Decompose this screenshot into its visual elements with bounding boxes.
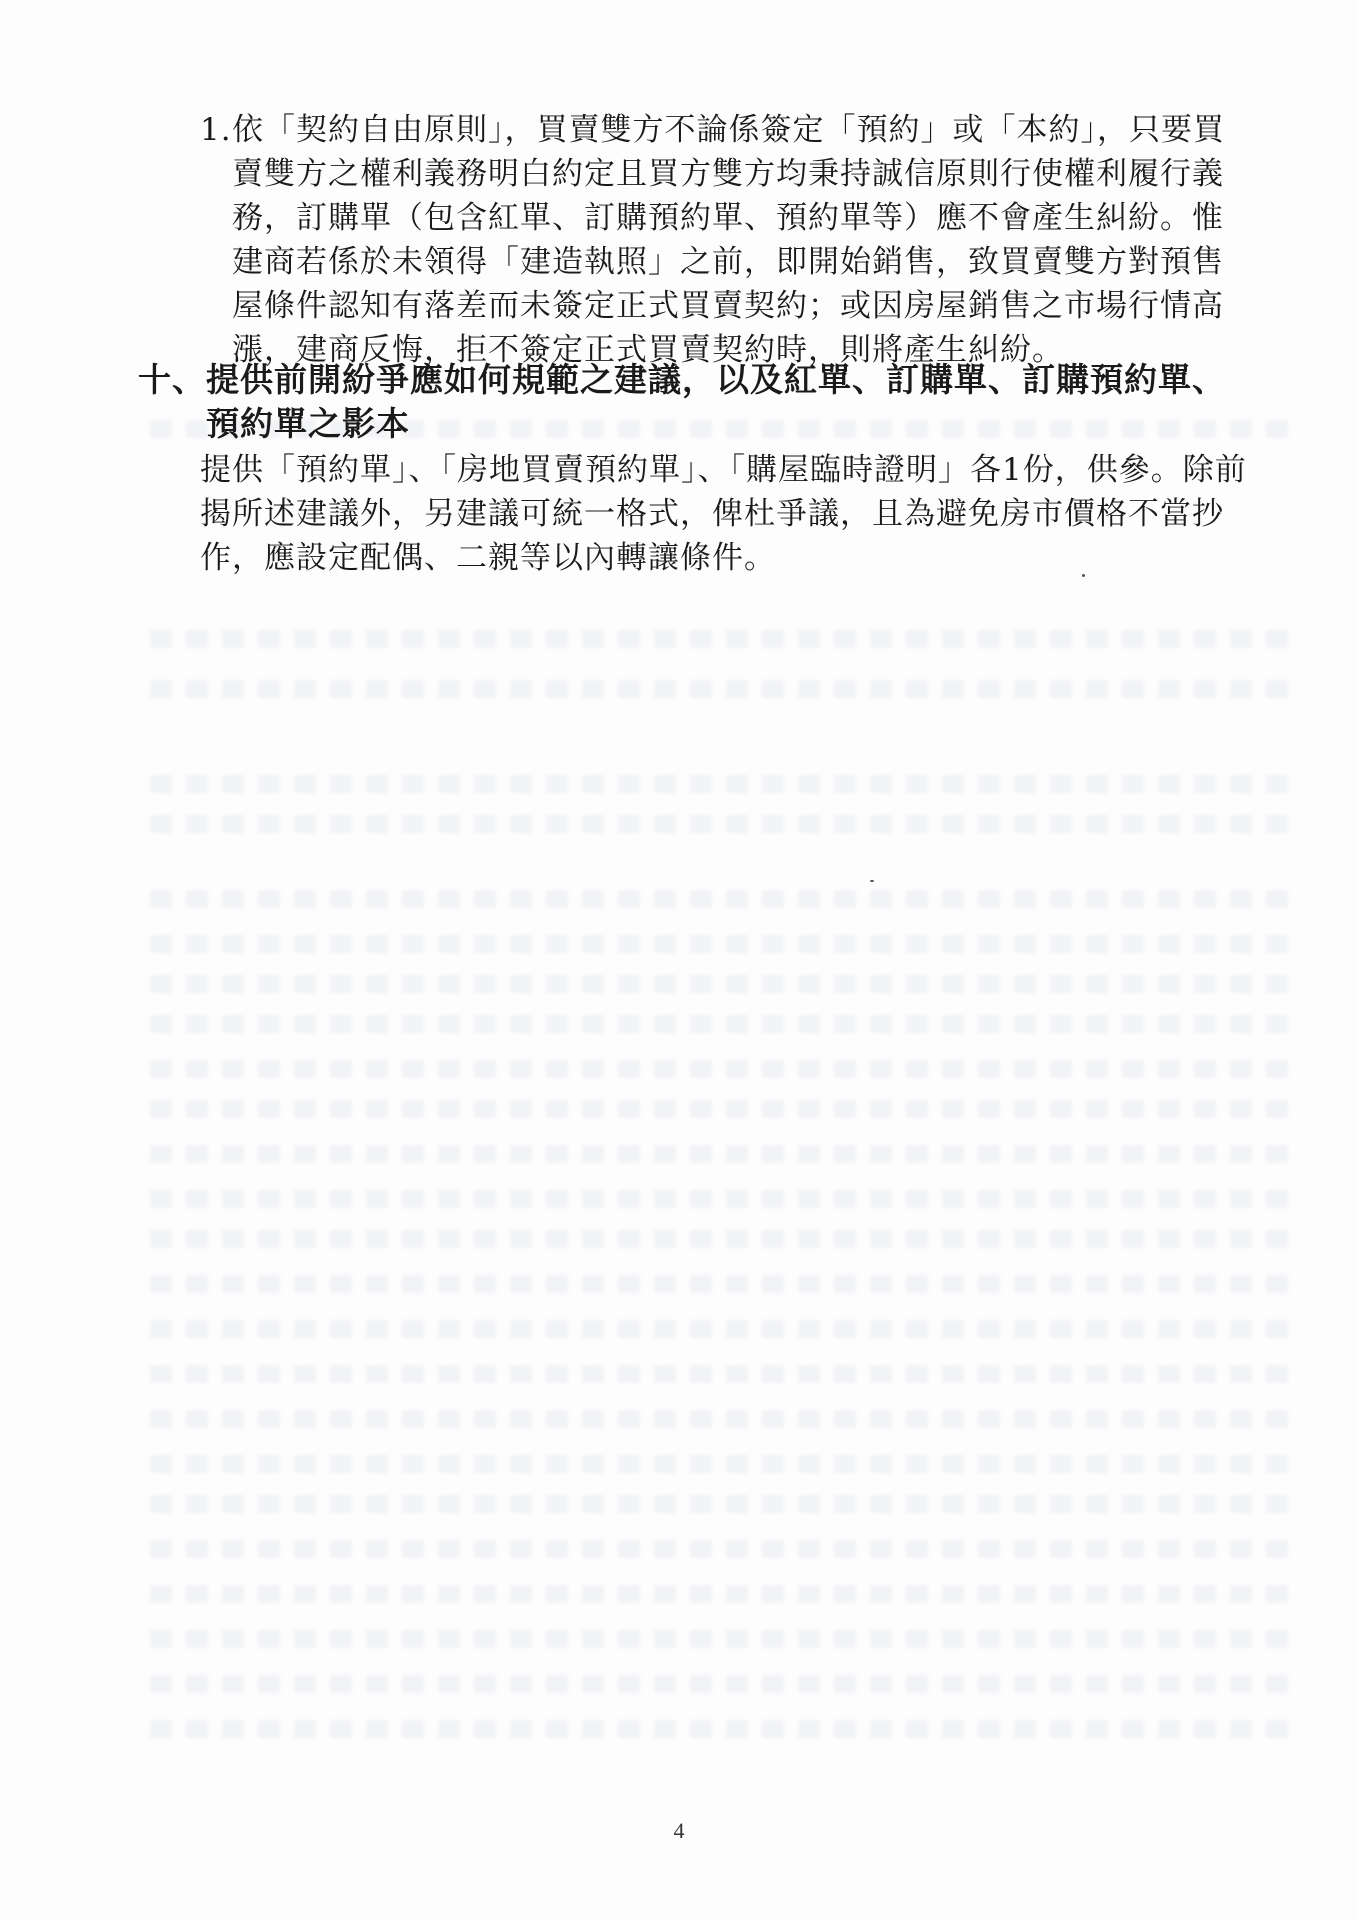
bleed-through-line [150, 1540, 1298, 1558]
paragraph-line: 揭所述建議外，另建議可統一格式，俾杜爭議，且為避免房市價格不當抄 [200, 492, 1247, 536]
bleed-through-line [150, 1675, 1298, 1693]
bleed-through-line [150, 975, 1298, 993]
bleed-through-line [150, 935, 1298, 953]
paragraph-line: 務，訂購單（包含紅單、訂購預約單、預約單等）應不會產生糾紛。惟 [232, 196, 1225, 240]
bleed-through-line [150, 1230, 1298, 1248]
list-item-1: 1. 依「契約自由原則」，買賣雙方不論係簽定「預約」或「本約」，只要買 賣雙方之… [200, 108, 1225, 372]
scan-speck [1082, 574, 1085, 577]
bleed-through-line [150, 1190, 1298, 1208]
heading-line: 預約單之影本 [138, 402, 1226, 446]
paragraph-line: 屋條件認知有落差而未簽定正式買賣契約；或因房屋銷售之市場行情高 [232, 284, 1225, 328]
section-body: 提供「預約單」、「房地買賣預約單」、「購屋臨時證明」各1份，供參。除前 揭所述建… [200, 448, 1247, 580]
bleed-through-line [150, 1630, 1298, 1648]
scan-speck [870, 880, 874, 882]
bleed-through-line [150, 1100, 1298, 1118]
paragraph-line: 依「契約自由原則」，買賣雙方不論係簽定「預約」或「本約」，只要買 [232, 108, 1225, 152]
bleed-through-line [150, 1275, 1298, 1293]
bleed-through-line [150, 680, 1298, 698]
paragraph-line: 賣雙方之權利義務明白約定且買方雙方均秉持誠信原則行使權利履行義 [232, 152, 1225, 196]
bleed-through-line [150, 775, 1298, 793]
paragraph-line: 建商若係於未領得「建造執照」之前，即開始銷售，致買賣雙方對預售 [232, 240, 1225, 284]
bleed-through-line [150, 1410, 1298, 1428]
bleed-through-line [150, 1060, 1298, 1078]
bleed-through-line [150, 1585, 1298, 1603]
bleed-through-line [150, 1455, 1298, 1473]
page-number: 4 [0, 1818, 1358, 1844]
bleed-through-line [150, 1365, 1298, 1383]
heading-line: 十、提供前開紛爭應如何規範之建議，以及紅單、訂購單、訂購預約單、 [138, 358, 1226, 402]
bleed-through-line [150, 890, 1298, 908]
list-item-number: 1. [200, 108, 232, 152]
bleed-through-line [150, 1720, 1298, 1738]
bleed-through-line [150, 1320, 1298, 1338]
bleed-through-line [150, 815, 1298, 833]
bleed-through-line [150, 1145, 1298, 1163]
paragraph-line: 作，應設定配偶、二親等以內轉讓條件。 [200, 536, 1247, 580]
bleed-through-line [150, 1495, 1298, 1513]
section-heading: 十、提供前開紛爭應如何規範之建議，以及紅單、訂購單、訂購預約單、 預約單之影本 [138, 358, 1226, 446]
bleed-through-line [150, 630, 1298, 648]
document-page: 1. 依「契約自由原則」，買賣雙方不論係簽定「預約」或「本約」，只要買 賣雙方之… [0, 0, 1358, 1920]
bleed-through-line [150, 1015, 1298, 1033]
paragraph-line: 提供「預約單」、「房地買賣預約單」、「購屋臨時證明」各1份，供參。除前 [200, 448, 1247, 492]
